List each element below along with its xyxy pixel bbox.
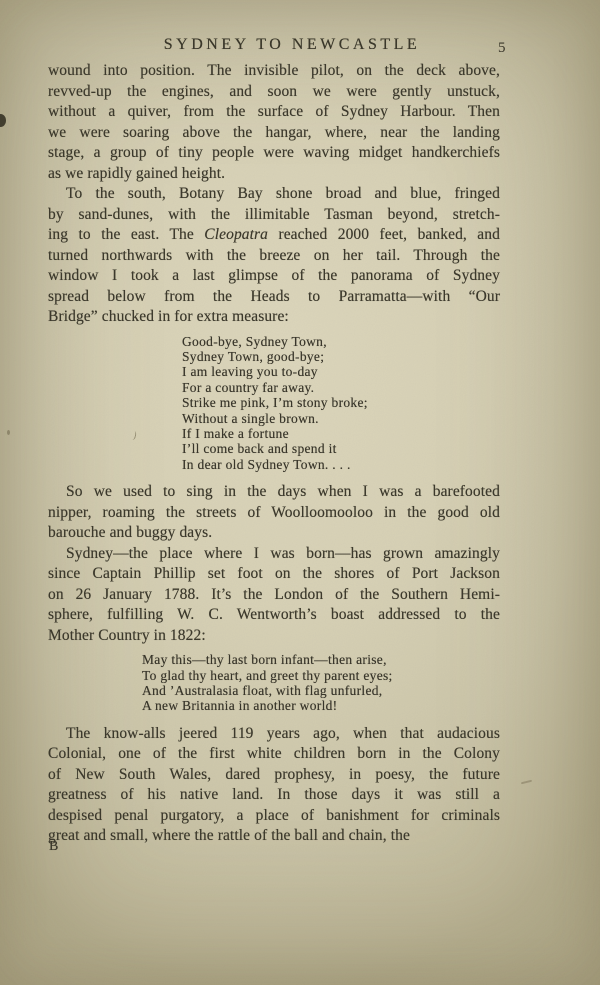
text-line: Mother Country in 1822: (48, 626, 500, 647)
text-line: nipper, roaming the streets of Woolloomo… (48, 503, 500, 524)
text-line: The know-alls jeered 119 years ago, when… (48, 724, 500, 745)
text-line: For a country far away. (182, 380, 500, 395)
text-line: Without a single brown. (182, 411, 500, 426)
text-line: May this—thy last born infant—then arise… (142, 652, 500, 667)
text-line: turned northwards with the breeze on her… (48, 246, 500, 267)
text-line: ing to the east. The Cleopatra reached 2… (48, 225, 500, 246)
text-line: since Captain Phillip set foot on the sh… (48, 564, 500, 585)
text-line: sphere, fulfilling W. C. Wentworth’s boa… (48, 605, 500, 626)
text-line: wound into position. The invisible pilot… (48, 61, 500, 82)
text-line: great and small, where the rattle of the… (48, 826, 500, 847)
page-number: 5 (498, 40, 506, 57)
text-line: And ’Australasia float, with flag unfurl… (142, 683, 500, 698)
body-paragraph: To the south, Botany Bay shone broad and… (48, 184, 500, 328)
body-paragraph: wound into position. The invisible pilot… (48, 61, 500, 184)
text-line: on 26 January 1788. It’s the London of t… (48, 585, 500, 606)
text-line: To glad thy heart, and greet thy parent … (142, 668, 500, 683)
text-line: If I make a fortune (182, 426, 500, 441)
body-paragraph: Sydney—the place where I was born—has gr… (48, 544, 500, 647)
text-line: Colonial, one of the first white childre… (48, 744, 500, 765)
text-line: by sand-dunes, with the illimitable Tasm… (48, 205, 500, 226)
text-line: Sydney Town, good-bye; (182, 349, 500, 364)
paper-speck-right (521, 780, 532, 785)
page-body: wound into position. The invisible pilot… (48, 61, 500, 847)
body-paragraph: The know-alls jeered 119 years ago, when… (48, 724, 500, 847)
text-line: greatness of his native land. In those d… (48, 785, 500, 806)
text-line: revved-up the engines, and soon we were … (48, 82, 500, 103)
text-line: To the south, Botany Bay shone broad and… (48, 184, 500, 205)
paper-speck-small (7, 430, 10, 435)
running-header-row: SYDNEY TO NEWCASTLE (48, 36, 500, 54)
text-line: spread below from the Heads to Parramatt… (48, 287, 500, 308)
text-line: Sydney—the place where I was born—has gr… (48, 544, 500, 565)
text-line: window I took a last glimpse of the pano… (48, 266, 500, 287)
verse-block: May this—thy last born infant—then arise… (142, 652, 500, 714)
body-paragraph: So we used to sing in the days when I wa… (48, 482, 500, 544)
text-line: despised penal purgatory, a place of ban… (48, 806, 500, 827)
text-line: of New South Wales, dared prophesy, in p… (48, 765, 500, 786)
text-line: I’ll come back and spend it (182, 441, 500, 456)
text-line: as we rapidly gained height. (48, 164, 500, 185)
text-line: Strike me pink, I’m stony broke; (182, 395, 500, 410)
text-line: A new Britannia in another world! (142, 698, 500, 713)
text-line: Good-bye, Sydney Town, (182, 334, 500, 349)
verse-block: Good-bye, Sydney Town,Sydney Town, good-… (182, 334, 500, 473)
text-line: stage, a group of tiny people were wavin… (48, 143, 500, 164)
text-line: barouche and buggy days. (48, 523, 500, 544)
book-page: SYDNEY TO NEWCASTLE 5 wound into positio… (0, 0, 600, 985)
text-line: So we used to sing in the days when I wa… (48, 482, 500, 503)
text-line: Bridge” chucked in for extra measure: (48, 307, 500, 328)
paper-speck-left-edge (0, 114, 6, 127)
text-line: we were soaring above the hangar, where,… (48, 123, 500, 144)
signature-mark: B (49, 839, 58, 855)
text-line: In dear old Sydney Town. . . . (182, 457, 500, 472)
text-line: without a quiver, from the surface of Sy… (48, 102, 500, 123)
running-header: SYDNEY TO NEWCASTLE (164, 36, 420, 54)
text-line: I am leaving you to-day (182, 364, 500, 379)
